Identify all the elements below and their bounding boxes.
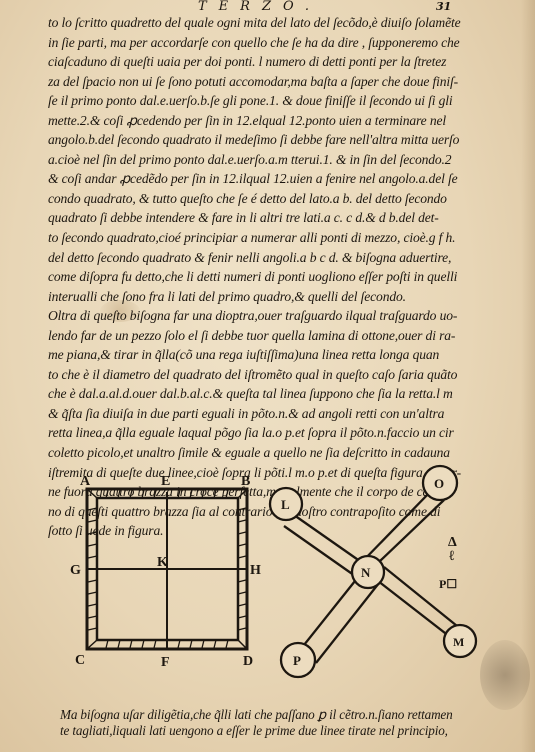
text-line: che è dal.a.al.d.ouer dal.b.al.c.& queſt… (48, 384, 468, 404)
text-line: mette.2.& coſi ꝓcedendo per ſin in 12.el… (48, 111, 468, 131)
label-f: F (161, 655, 170, 670)
text-line: to lo ſcritto quadretto del quale ogni m… (48, 13, 468, 33)
text-line: to ſecondo quadrato,cioé principiar a nu… (48, 228, 468, 248)
text-line: a.cioè nel ſin del primo ponto dal.e.uer… (48, 150, 468, 170)
text-line: te tagliati,liquali lati uengono a eſſer… (60, 723, 480, 739)
text-line: ciaſcaduno di queſti uaia per doi ponti.… (48, 52, 468, 72)
square-diagram: A E B G K H C F D (60, 460, 280, 680)
running-head: TERZO. (198, 0, 321, 14)
label-g: G (70, 563, 81, 578)
margin-mark-hook: ℓ (448, 549, 455, 564)
margin-mark-delta: Δ (448, 535, 457, 550)
dioptra-cross-figure: L O N P M Δ ℓ P☐ (260, 460, 500, 690)
label-p: P (293, 653, 301, 668)
text-line: Ma biſogna uſar diligẽtia,che q̃lli lati… (60, 707, 480, 723)
label-o: O (434, 476, 444, 491)
page-edge-shadow (521, 0, 535, 752)
page-header: TERZO. 31 (0, 0, 535, 14)
text-line: angolo.b.del ſecondo quadrato il medeſim… (48, 130, 468, 150)
footer-text-block: Ma biſogna uſar diligẽtia,che q̃lli lati… (60, 707, 480, 739)
text-line: retta linea,a q̃lla eguale laqual põgo ſ… (48, 423, 468, 443)
cross-diagram: L O N P M Δ ℓ P☐ (260, 460, 500, 690)
text-line: come diſopra fu detto,che li detti numer… (48, 267, 468, 287)
margin-mark-pe: P☐ (439, 577, 457, 591)
label-e: E (161, 474, 170, 489)
label-n: N (361, 565, 371, 580)
label-a: A (80, 474, 91, 489)
text-line: me piana,& tirar in q̃lla(cõ una rega iu… (48, 345, 468, 365)
text-line: condo quadrato, & tutto queſto che ſe é … (48, 189, 468, 209)
page-number: 31 (436, 0, 451, 14)
label-k: K (157, 555, 168, 570)
text-line: Oltra di queſto biſogna far una dioptra,… (48, 306, 468, 326)
text-line: del detto ſecondo quadrato & fenir nelli… (48, 248, 468, 268)
text-line: quadrato ſi debbe intendere & fare in li… (48, 208, 468, 228)
text-line: in ſie parti, ma per accordarſe con quel… (48, 33, 468, 53)
label-b: B (241, 474, 250, 489)
text-line: to che è il diametro del quadrato del iſ… (48, 365, 468, 385)
text-line: & q̃ſta ſia diuiſa in due parti eguali i… (48, 404, 468, 424)
text-line: ſe il primo ponto dal.e.uerſo.b.ſe gli p… (48, 91, 468, 111)
label-d: D (243, 654, 253, 669)
label-c: C (75, 653, 85, 668)
label-m: M (453, 635, 464, 649)
text-line: interualli che ſono fra li lati del prim… (48, 287, 468, 307)
text-line: & coſi andar ꝓcedẽdo per ſin in 12.ilqua… (48, 169, 468, 189)
square-instrument-figure: A E B G K H C F D (60, 460, 280, 680)
text-line: za del ſpacio non ui ſe ſono potuti acco… (48, 72, 468, 92)
label-l: L (281, 497, 290, 512)
text-line: lendo far de un pezzo ſolo el ſi debbe t… (48, 326, 468, 346)
